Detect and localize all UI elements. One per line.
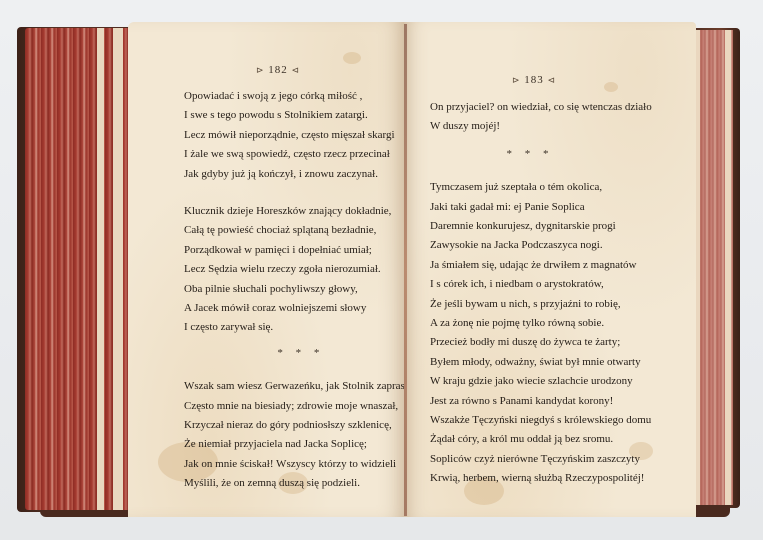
verse-line: Wszak sam wiesz Gerwazeńku, jak Stolnik … [184, 377, 418, 396]
page-edges-right [695, 30, 733, 505]
verse-line: Myślili, że on zemną duszą się podzieli. [184, 474, 418, 493]
folio-ornament-icon: ⊲ [548, 75, 557, 85]
asterism-divider: * * * [430, 145, 630, 164]
page-edges-left [25, 28, 129, 510]
verse-line: Opowiadać i swoją z jego córką miłość , [184, 87, 418, 106]
verse-line: W duszy mojéj! [430, 117, 652, 136]
verse-line: Byłem młody, odważny, świat był mnie otw… [430, 353, 652, 372]
verse-line: Ja śmiałem się, udając że drwiłem z magn… [430, 256, 652, 275]
verse-line: Krzyczał nieraz do góry podniosłszy szkl… [184, 416, 418, 435]
book-gutter [404, 24, 407, 516]
verse-line: Oba pilnie słuchali pochyliwszy głowy, [184, 280, 418, 299]
verse-line: Jest za równo s Panami kandydat korony! [430, 392, 652, 411]
folio-ornament-icon: ⊳ [256, 65, 265, 75]
left-page-text: Opowiadać i swoją z jego córką miłość , … [184, 87, 418, 494]
verse-line: Daremnie konkurujesz, dygnitarskie progi [430, 217, 652, 236]
verse-line: Jak gdyby już ją kończył, i znowu zaczyn… [184, 165, 418, 184]
verse-line: On przyjaciel? on wiedział, co się wtenc… [430, 98, 652, 117]
verse-line: Że jeśli bywam u nich, s przyjaźni to ro… [430, 295, 652, 314]
verse-line: Klucznik dzieje Horeszków znający dokład… [184, 202, 418, 221]
verse-line: Zawysokie na Jacka Podczaszyca nogi. [430, 236, 652, 255]
verse-line: Krwią, herbem, wierną służbą Rzeczypospo… [430, 469, 652, 488]
verse-line: Przecież bodły mi duszę do żywca te żart… [430, 333, 652, 352]
verse-line: Lecz mówił nieporządnie, często mięszał … [184, 126, 418, 145]
verse-line: Lecz Sędzia wielu rzeczy zgoła nierozumi… [184, 260, 418, 279]
verse-line: Często mnie na biesiady; zdrowie moje wn… [184, 397, 418, 416]
verse-line: I żale we swą spowiedź, często rzecz prz… [184, 145, 418, 164]
asterism-divider: * * * [184, 344, 418, 363]
verse-line: I swe s tego powodu s Stolnikiem zatargi… [184, 106, 418, 125]
verse-line: W kraju gdzie jako wiecie szlachcie urod… [430, 372, 652, 391]
verse-line: A Jacek mówił coraz wolniejszemi słowy [184, 299, 418, 318]
left-page: ⊳ 182 ⊲ Opowiadać i swoją z jego córką m… [128, 22, 406, 517]
verse-line: Żądał córy, a król mu oddał ją bez sromu… [430, 430, 652, 449]
page-number-left: ⊳ 182 ⊲ [256, 64, 300, 76]
folio-ornament-icon: ⊲ [292, 65, 301, 75]
verse-line: Że niemiał przyjaciela nad Jacka Soplicę… [184, 435, 418, 454]
folio-ornament-icon: ⊳ [512, 75, 521, 85]
verse-line: Jaki taki gadał mi: ej Panie Soplica [430, 198, 652, 217]
verse-line: I często zarywał się. [184, 318, 418, 337]
right-page-text: On przyjaciel? on wiedział, co się wtenc… [430, 98, 652, 489]
right-page: ⊳ 183 ⊲ On przyjaciel? on wiedział, co s… [404, 22, 696, 517]
verse-line: Jak on mnie ściskał! Wszyscy którzy to w… [184, 455, 418, 474]
page-number-right: ⊳ 183 ⊲ [512, 74, 556, 86]
verse-line: Wszakże Tęczyński niegdyś s królewskiego… [430, 411, 652, 430]
open-book-photo: ⊳ 182 ⊲ Opowiadać i swoją z jego córką m… [0, 0, 763, 540]
verse-line: Sopliców czyż nierówne Tęczyńskim zaszcz… [430, 450, 652, 469]
verse-line: Całą tę powieść chociaż splątaną bezładn… [184, 221, 418, 240]
verse-line: I s córek ich, i niedbam o arystokratów, [430, 275, 652, 294]
verse-line: Tymczasem już szeptała o tém okolica, [430, 178, 652, 197]
verse-line: Porządkował w pamięci i dopełniać umiał; [184, 241, 418, 260]
verse-line: A za żonę nie pojmę tylko równą sobie. [430, 314, 652, 333]
